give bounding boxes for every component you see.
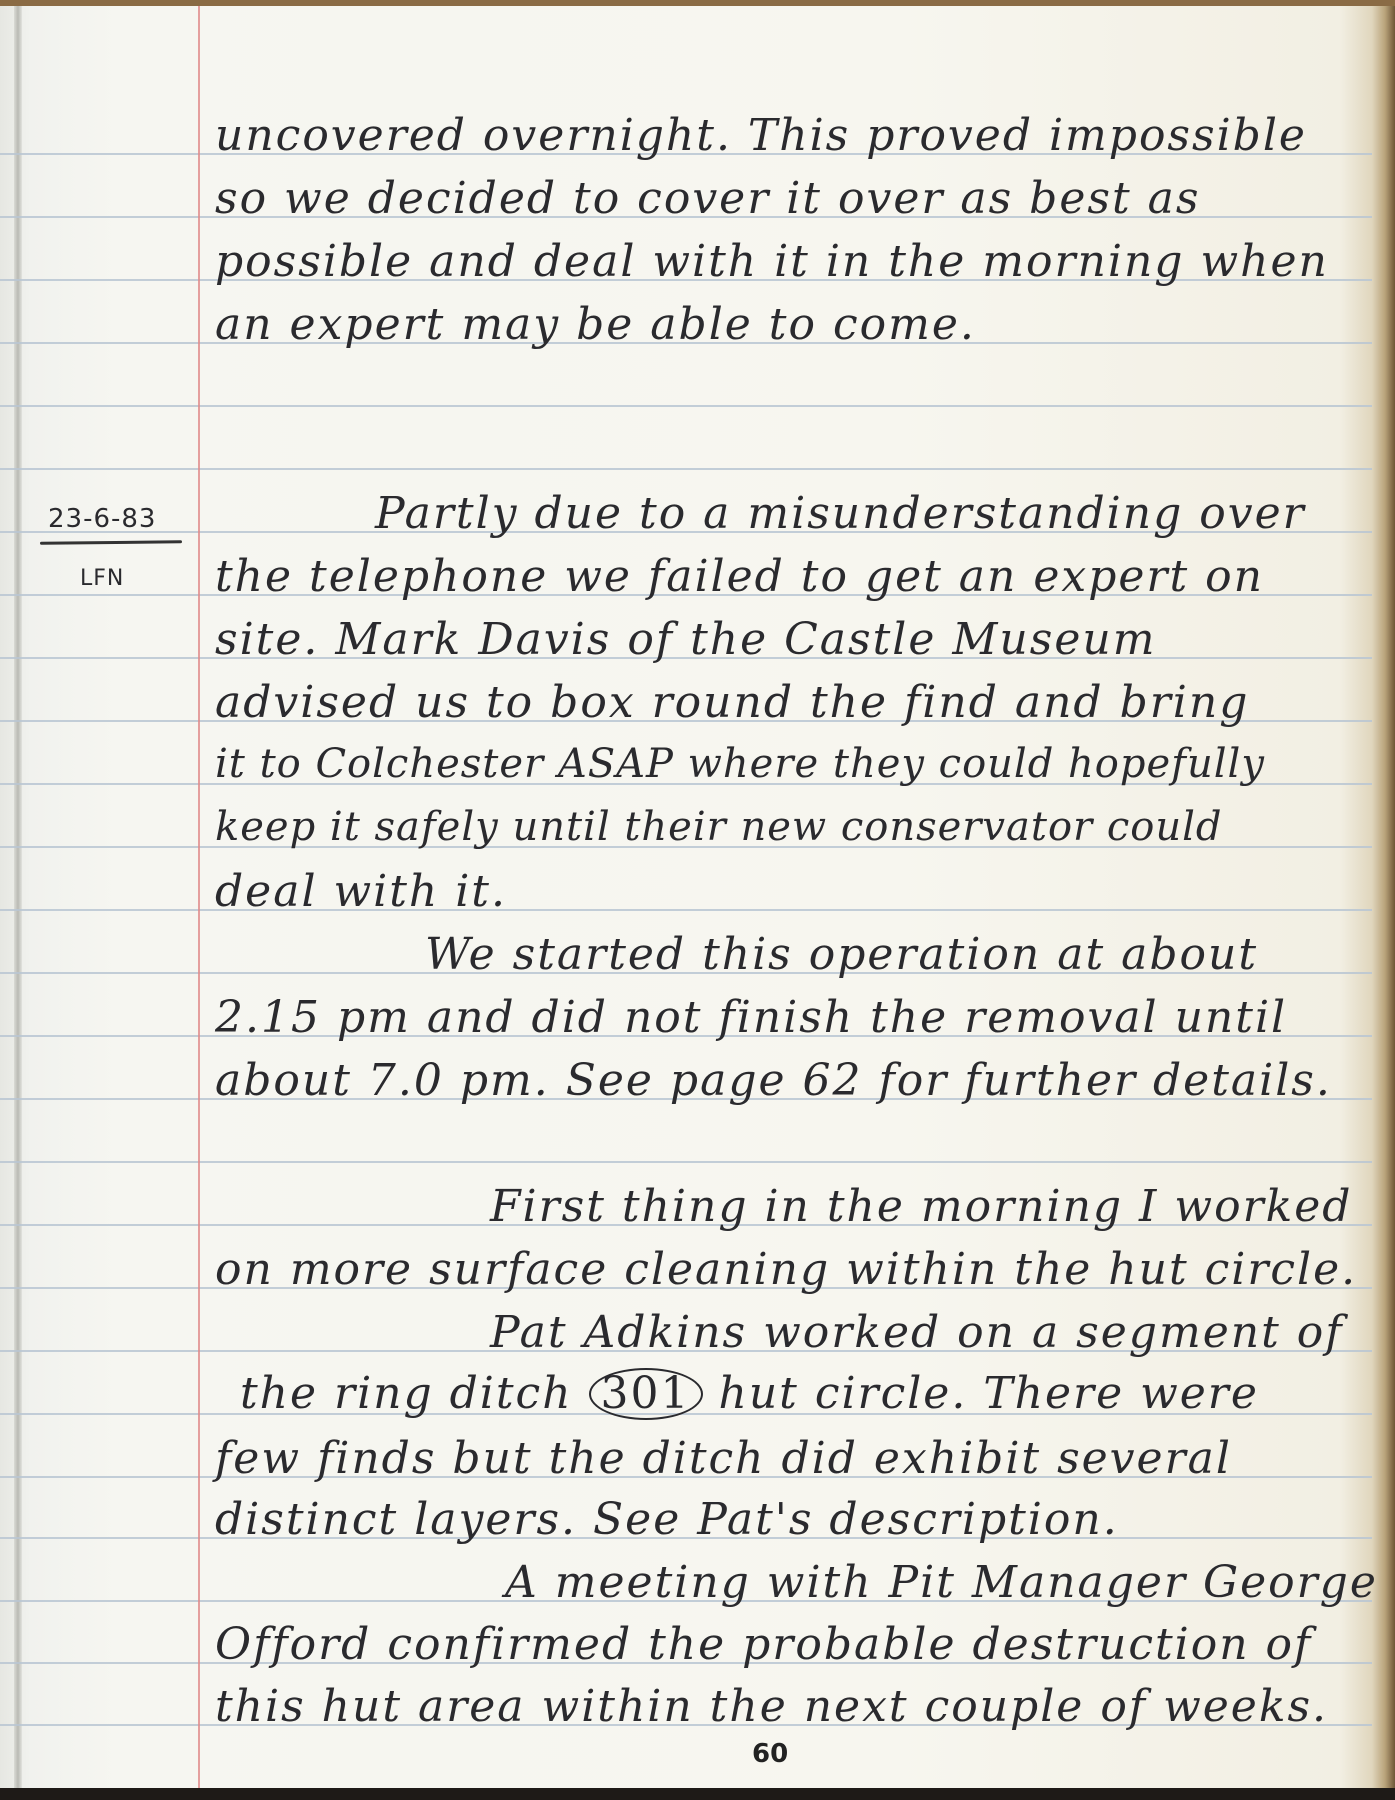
- text-line: A meeting with Pit Manager George: [505, 1561, 1378, 1605]
- text-line: keep it safely until their new conservat…: [215, 807, 1223, 847]
- text-line: on more surface cleaning within the hut …: [215, 1248, 1357, 1292]
- text-line: distinct layers. See Pat's description.: [215, 1498, 1119, 1542]
- text-line: so we decided to cover it over as best a…: [215, 177, 1200, 221]
- margin-initials: LFN: [80, 566, 124, 591]
- text-segment: hut circle. There were: [703, 1368, 1259, 1419]
- ruled-line: [0, 405, 1372, 407]
- text-line: the ring ditch 301 hut circle. There wer…: [240, 1368, 1259, 1420]
- ruled-line: [0, 468, 1372, 470]
- text-segment: the ring ditch: [240, 1368, 589, 1419]
- margin-line: [198, 6, 200, 1798]
- text-line: Partly due to a misunderstanding over: [375, 492, 1306, 536]
- text-line: it to Colchester ASAP where they could h…: [215, 744, 1265, 784]
- text-line: Offord confirmed the probable destructio…: [215, 1623, 1312, 1667]
- book-edge: [0, 1788, 1395, 1800]
- ruled-line: [0, 1161, 1372, 1163]
- text-line: First thing in the morning I worked: [490, 1185, 1352, 1229]
- text-line: about 7.0 pm. See page 62 for further de…: [215, 1059, 1332, 1103]
- text-line: the telephone we failed to get an expert…: [215, 555, 1264, 599]
- text-line: We started this operation at about: [425, 933, 1258, 977]
- text-line: possible and deal with it in the morning…: [215, 240, 1329, 284]
- page-number: 60: [752, 1739, 788, 1769]
- text-line: uncovered overnight. This proved impossi…: [215, 114, 1307, 158]
- margin-date: 23-6-83: [48, 504, 156, 534]
- text-line: deal with it.: [215, 870, 507, 914]
- text-line: advised us to box round the find and bri…: [215, 681, 1249, 725]
- text-line: this hut area within the next couple of …: [215, 1685, 1328, 1729]
- binding-shadow: [14, 6, 22, 1798]
- text-line: 2.15 pm and did not finish the removal u…: [215, 996, 1287, 1040]
- notebook-page: 23-6-83 LFN uncovered overnight. This pr…: [0, 0, 1395, 1798]
- text-line: few finds but the ditch did exhibit seve…: [215, 1437, 1232, 1481]
- text-line: site. Mark Davis of the Castle Museum: [215, 618, 1156, 662]
- date-underline: [40, 540, 182, 544]
- text-line: Pat Adkins worked on a segment of: [490, 1311, 1344, 1355]
- context-number-circled: 301: [589, 1368, 703, 1420]
- ruled-line: [0, 909, 1372, 911]
- text-line: an expert may be able to come.: [215, 303, 976, 347]
